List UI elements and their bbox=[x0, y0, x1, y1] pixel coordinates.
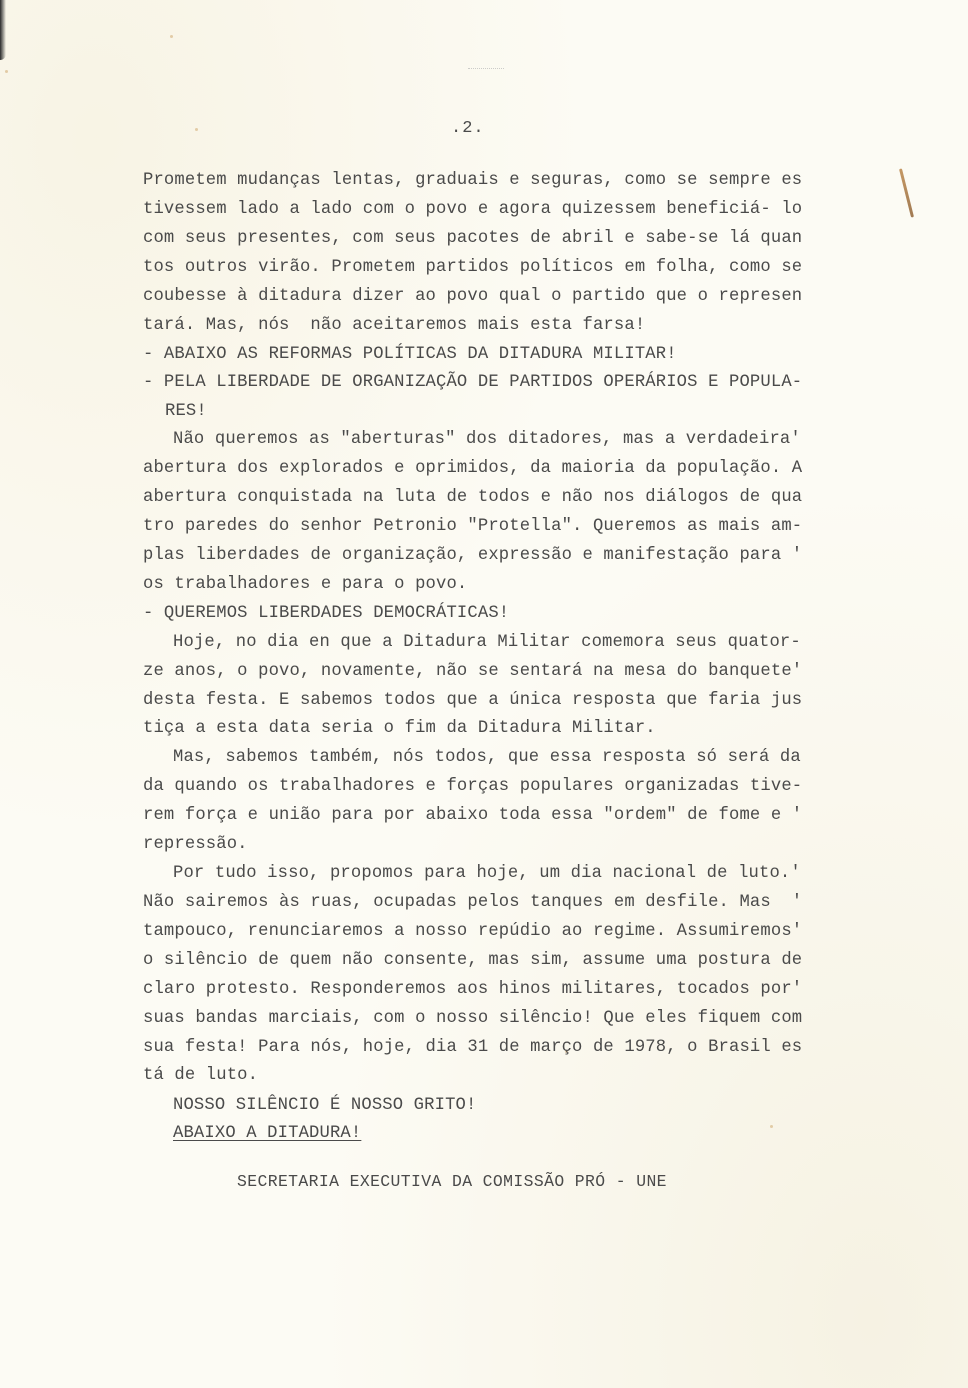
paper-speck bbox=[770, 1125, 773, 1128]
text-line: da quando os trabalhadores e forças popu… bbox=[143, 777, 802, 797]
text-line: ze anos, o povo, novamente, não se senta… bbox=[143, 662, 802, 682]
slogan-line: - PELA LIBERDADE DE ORGANIZAÇÃO DE PARTI… bbox=[143, 373, 802, 393]
slogan-line: - QUEREMOS LIBERDADES DEMOCRÁTICAS! bbox=[143, 604, 509, 624]
text-line: ABAIXO A DITADURA! bbox=[173, 1124, 361, 1144]
text-line: abertura conquistada na luta de todos e … bbox=[143, 488, 802, 508]
text-line: Mas, sabemos também, nós todos, que essa… bbox=[173, 748, 801, 768]
text-line: tiça a esta data seria o fim da Ditadura… bbox=[143, 719, 656, 739]
text-line: sua festa! Para nós, hoje, dia 31 de mar… bbox=[143, 1038, 802, 1058]
text-line: tos outros virão. Prometem partidos polí… bbox=[143, 258, 802, 278]
scan-edge-shadow bbox=[0, 0, 6, 60]
text-line: Não queremos as "aberturas" dos ditadore… bbox=[173, 430, 801, 450]
text-line: rem força e união para por abaixo toda e… bbox=[143, 806, 802, 826]
text-line: Hoje, no dia en que a Ditadura Militar c… bbox=[173, 633, 801, 653]
text-line: tampouco, renunciaremos a nosso repúdio … bbox=[143, 922, 802, 942]
paper-speck bbox=[195, 128, 198, 131]
faint-scribble bbox=[468, 68, 504, 73]
text-line: os trabalhadores e para o povo. bbox=[143, 575, 467, 595]
text-line: abertura dos explorados e oprimidos, da … bbox=[143, 459, 802, 479]
text-line: claro protesto. Responderemos aos hinos … bbox=[143, 980, 802, 1000]
text-line: repressão. bbox=[143, 835, 248, 855]
paper-speck bbox=[170, 35, 173, 38]
text-line: coubesse à ditadura dizer ao povo qual o… bbox=[143, 287, 802, 307]
text-line: tá de luto. bbox=[143, 1066, 258, 1086]
text-line: desta festa. E sabemos todos que a única… bbox=[143, 691, 802, 711]
text-line: suas bandas marciais, com o nosso silênc… bbox=[143, 1009, 802, 1029]
text-line: tro paredes do senhor Petronio "Protella… bbox=[143, 517, 802, 537]
text-line: NOSSO SILÊNCIO É NOSSO GRITO! bbox=[173, 1096, 476, 1116]
text-line: tivessem lado a lado com o povo e agora … bbox=[143, 200, 802, 220]
text-line: Prometem mudanças lentas, graduais e seg… bbox=[143, 171, 802, 191]
text-line: RES! bbox=[165, 402, 207, 422]
text-line: Por tudo isso, propomos para hoje, um di… bbox=[173, 864, 801, 884]
paper-speck bbox=[5, 70, 8, 73]
slogan-line: - ABAIXO AS REFORMAS POLÍTICAS DA DITADU… bbox=[143, 345, 677, 365]
text-line: Não sairemos às ruas, ocupadas pelos tan… bbox=[143, 893, 802, 913]
text-line: plas liberdades de organização, expressã… bbox=[143, 546, 802, 566]
text-line: o silêncio de quem não consente, mas sim… bbox=[143, 951, 802, 971]
page-number: .2. bbox=[451, 119, 485, 138]
text-line: tará. Mas, nós não aceitaremos mais esta… bbox=[143, 316, 645, 336]
text-line: com seus presentes, com seus pacotes de … bbox=[143, 229, 802, 249]
signature-line: SECRETARIA EXECUTIVA DA COMISSÃO PRÓ - U… bbox=[237, 1172, 667, 1191]
